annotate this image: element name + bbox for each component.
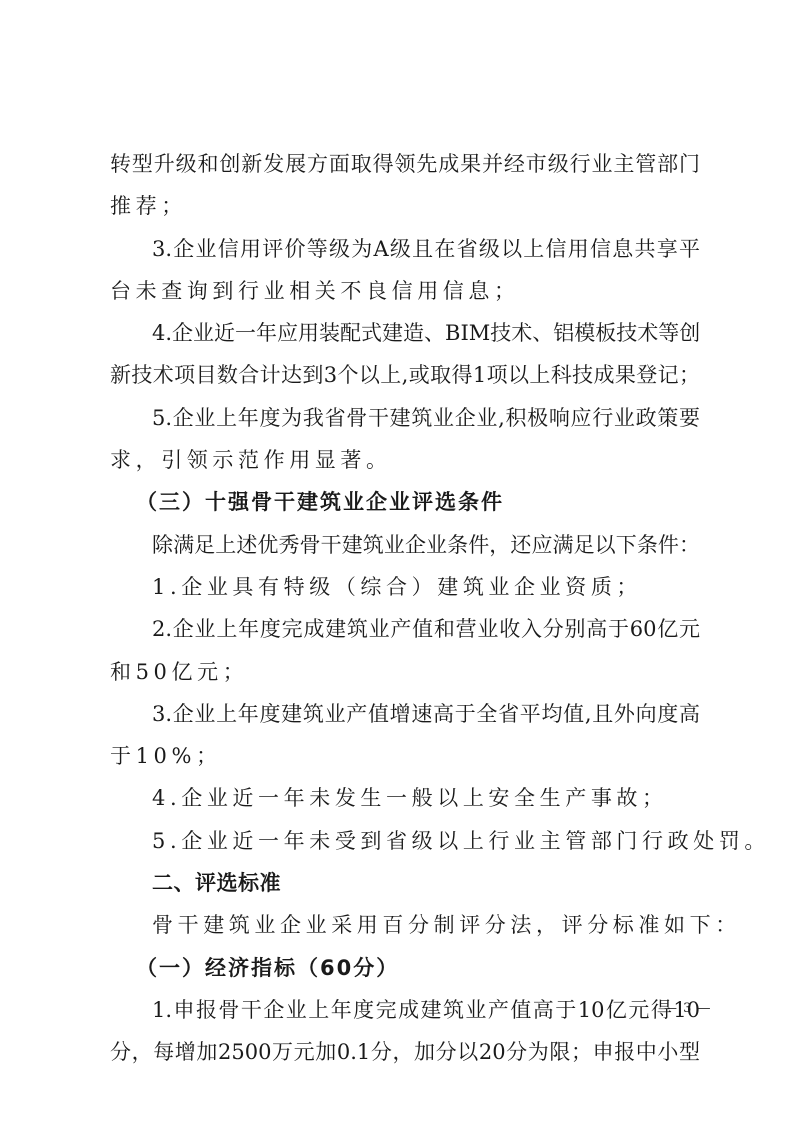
paragraph-line: 推荐； xyxy=(110,185,700,227)
subheading-economic-indicators: （一）经济指标（60分） xyxy=(110,947,700,989)
list-item-growth-rate: 3.企业上年度建筑业产值增速高于全省平均值,且外向度高 xyxy=(110,693,700,735)
paragraph-line: 求，引领示范作用显著。 xyxy=(110,439,700,481)
paragraph-line: 台未查询到行业相关不良信用信息； xyxy=(110,270,700,312)
list-item-output-revenue: 2.企业上年度完成建筑业产值和营业收入分别高于60亿元 xyxy=(110,608,700,650)
paragraph-line: 于10%； xyxy=(110,735,700,777)
paragraph-line: 新技术项目数合计达到3个以上,或取得1项以上科技成果登记； xyxy=(110,354,700,396)
paragraph-line: 和50亿元； xyxy=(110,651,700,693)
document-body: 转型升级和创新发展方面取得领先成果并经市级行业主管部门 推荐； 3.企业信用评价… xyxy=(110,143,700,1074)
paragraph-scoring-intro: 骨干建筑业企业采用百分制评分法，评分标准如下： xyxy=(110,904,700,946)
list-item-credit-rating: 3.企业信用评价等级为A级且在省级以上信用信息共享平 xyxy=(110,228,700,270)
document-page: 转型升级和创新发展方面取得领先成果并经市级行业主管部门 推荐； 3.企业信用评价… xyxy=(0,0,800,1132)
list-item-backbone-enterprise: 5.企业上年度为我省骨干建筑业企业,积极响应行业政策要 xyxy=(110,397,700,439)
paragraph-intro: 除满足上述优秀骨干建筑业企业条件，还应满足以下条件： xyxy=(110,524,700,566)
subheading-top-ten-criteria: （三）十强骨干建筑业企业评选条件 xyxy=(110,481,700,523)
list-item-tech-projects: 4.企业近一年应用装配式建造、BIM技术、铝模板技术等创 xyxy=(110,312,700,354)
list-item-qualification: 1.企业具有特级（综合）建筑业企业资质； xyxy=(110,566,700,608)
list-item-safety: 4.企业近一年未发生一般以上安全生产事故； xyxy=(110,777,700,819)
list-item-penalty: 5.企业近一年未受到省级以上行业主管部门行政处罚。 xyxy=(110,820,700,862)
section-heading-evaluation-standards: 二、评选标准 xyxy=(110,862,700,904)
paragraph-line: 分，每增加2500万元加0.1分，加分以20分为限；申报中小型 xyxy=(110,1031,700,1073)
page-number: — 3 — xyxy=(664,1001,712,1016)
paragraph-line: 转型升级和创新发展方面取得领先成果并经市级行业主管部门 xyxy=(110,143,700,185)
list-item-output-score: 1.申报骨干企业上年度完成建筑业产值高于10亿元得10 xyxy=(110,989,700,1031)
